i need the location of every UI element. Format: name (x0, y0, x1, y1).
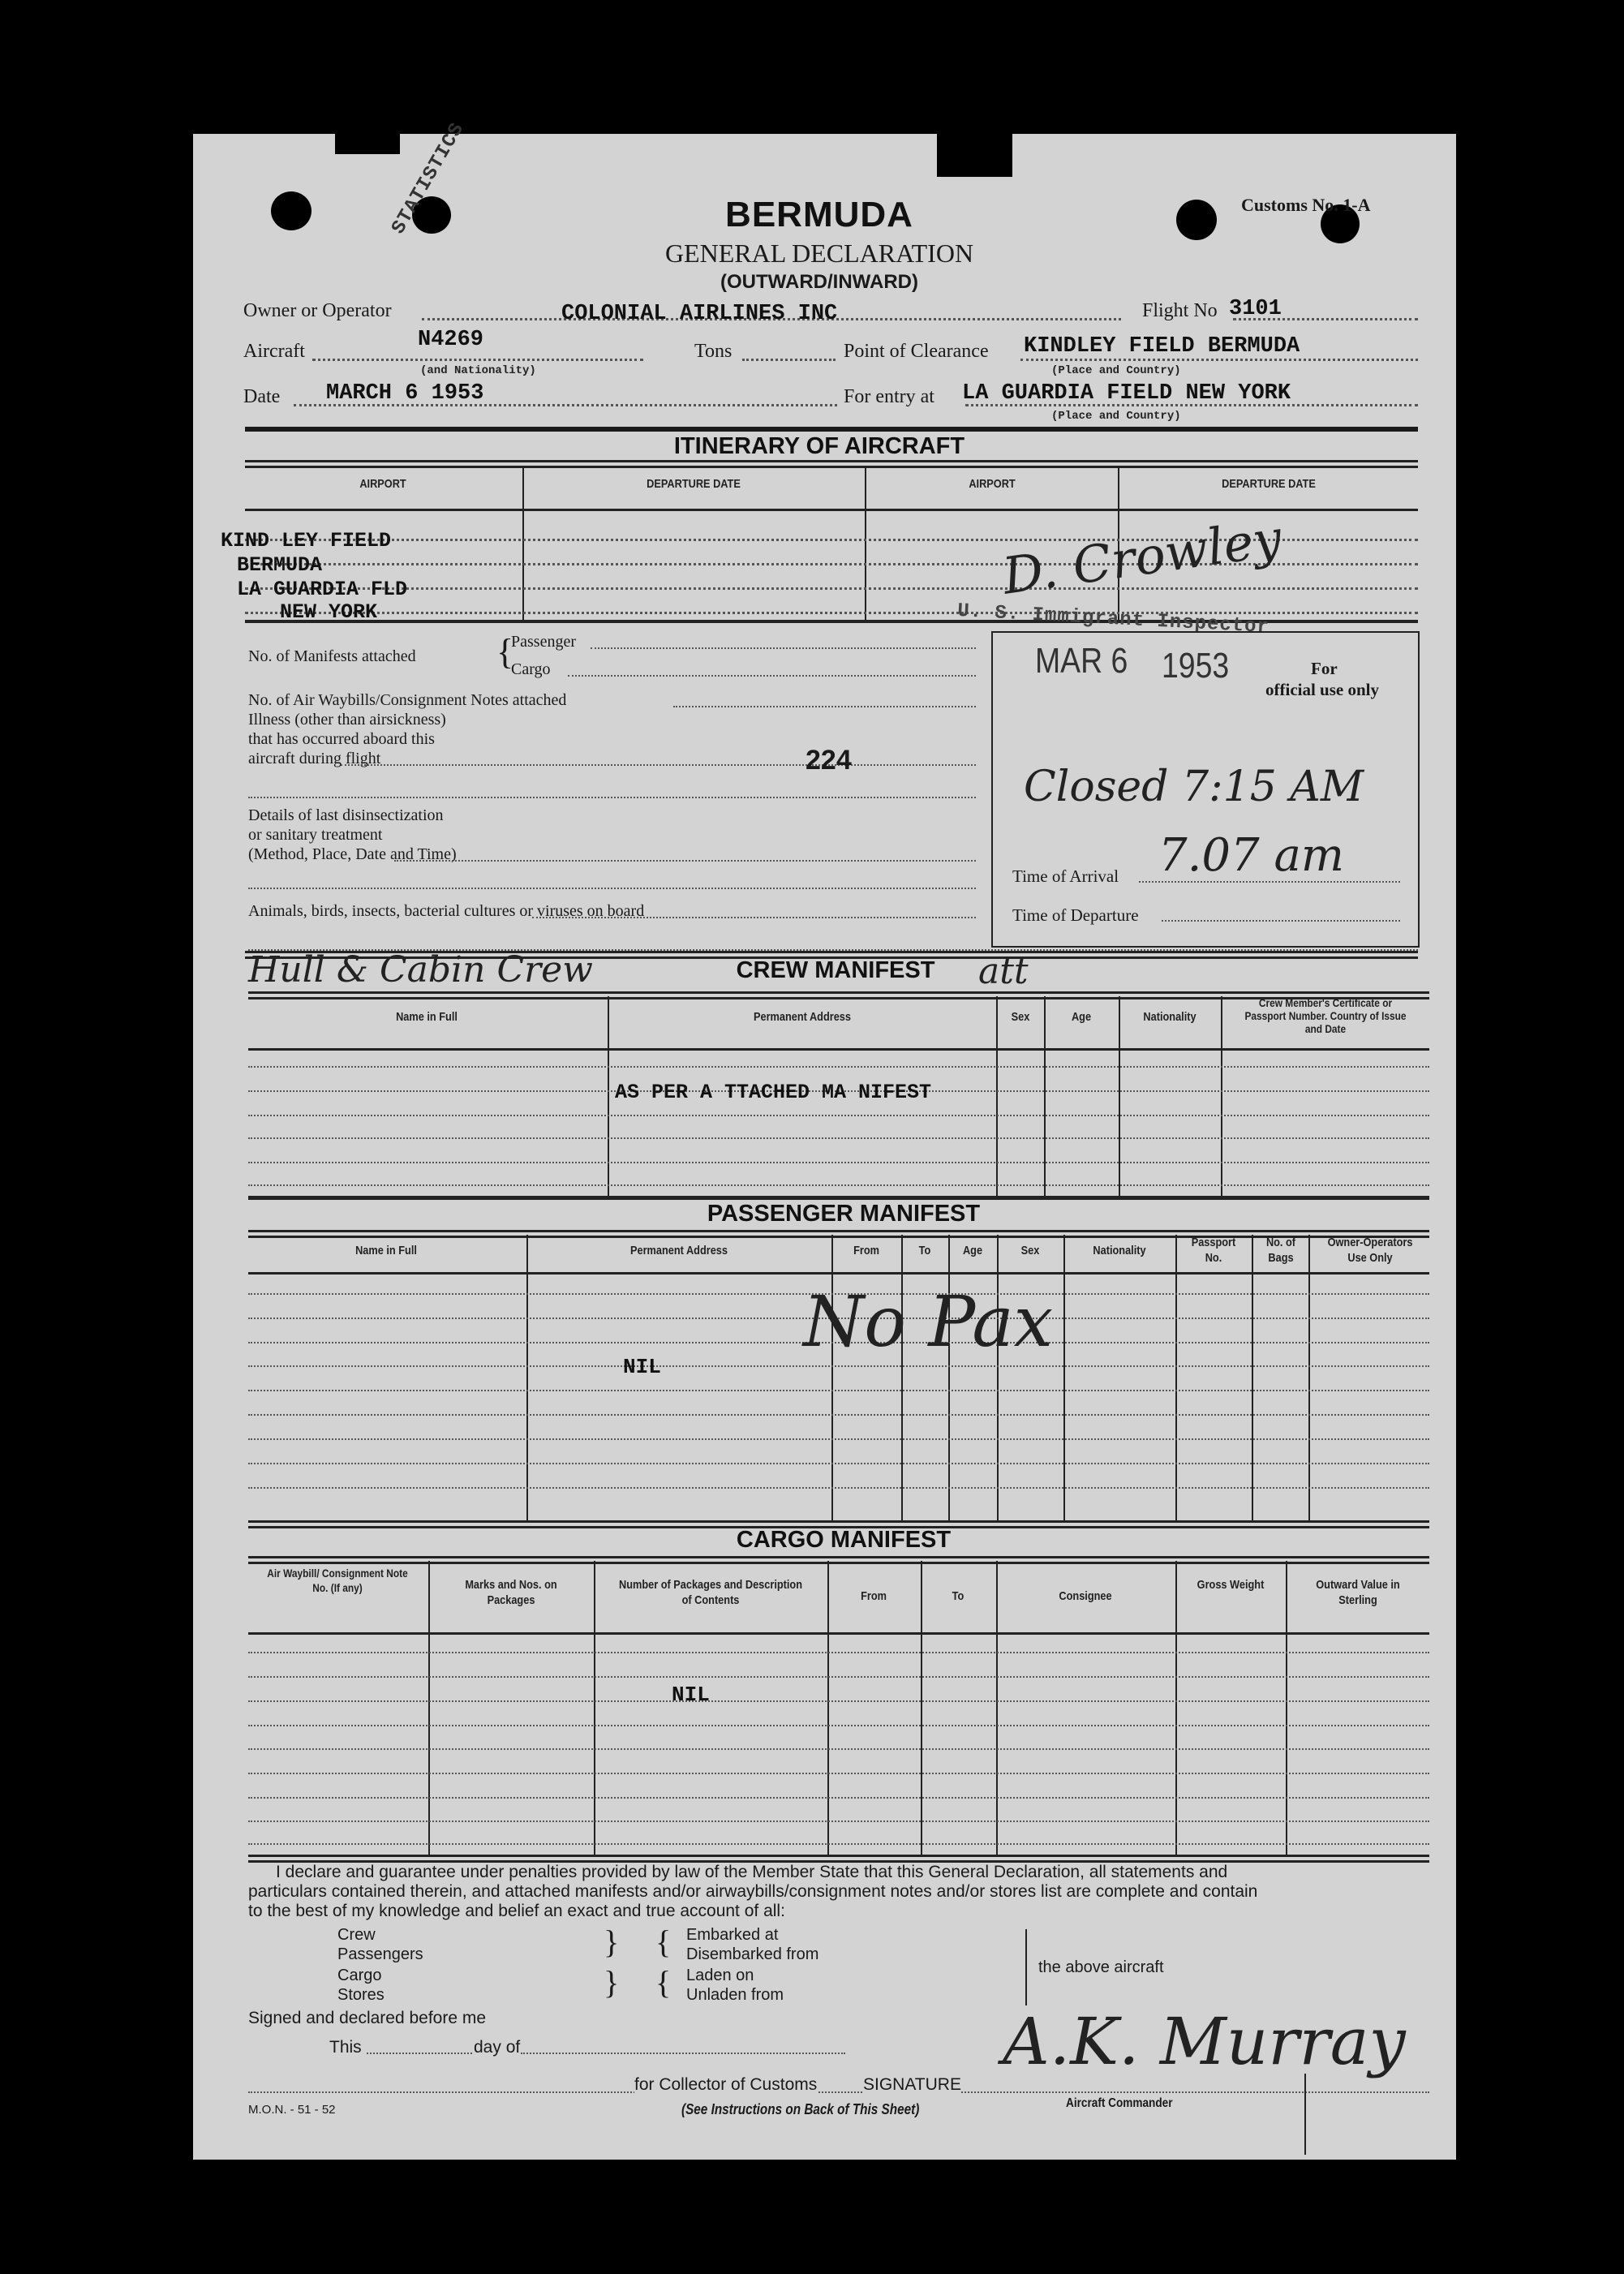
cargo-col-from: From (835, 1588, 912, 1604)
aircraft-value[interactable]: N4269 (418, 328, 483, 352)
col-departure-1: DEPARTURE DATE (549, 476, 839, 492)
waybills-dotted-line (673, 706, 976, 707)
cargo-col-consignee: Consignee (1010, 1588, 1160, 1604)
row-line (248, 1652, 1429, 1653)
column-divider (996, 996, 998, 1197)
arrival-value[interactable]: 7.07 am (1158, 829, 1344, 882)
punch-hole (1176, 200, 1217, 240)
column-divider (901, 1235, 903, 1522)
unladen-item: Unladen from (686, 1986, 784, 2005)
column-divider (865, 466, 866, 620)
column-divider (526, 1235, 528, 1522)
day-of-label: day of (474, 2038, 520, 2057)
divider (248, 1556, 1429, 1564)
cargo-col-waybill: Air Waybill/ Consignment Note No. (If an… (262, 1566, 414, 1595)
clearance-value[interactable]: KINDLEY FIELD BERMUDA (1024, 334, 1300, 359)
pax-col-sex: Sex (1003, 1243, 1058, 1258)
handwritten-closed-time: Closed 7:15 AM (1024, 763, 1364, 811)
illness-label: Illness (other than airsickness) (248, 711, 446, 729)
page-notch (937, 134, 1012, 177)
tons-dotted-line (742, 359, 836, 361)
brace-icon: { (655, 1967, 671, 1999)
column-divider (1308, 1235, 1310, 1522)
entry-label: For entry at (844, 386, 934, 408)
passenger-dotted-line (591, 647, 976, 649)
divider (245, 460, 1418, 468)
passengers-item: Passengers (337, 1945, 423, 1964)
brace-icon: { (655, 1926, 671, 1958)
row-line (248, 1797, 1429, 1799)
row-line (248, 1843, 1429, 1845)
pax-col-bags: No. of Bags (1257, 1235, 1305, 1266)
pax-col-owner-use: Owner-Operators Use Only (1318, 1235, 1422, 1266)
cargo-nil: NIL (672, 1683, 710, 1707)
waybills-label: No. of Air Waybills/Consignment Notes at… (248, 691, 566, 710)
cargo-col-value: Outward Value in Sterling (1297, 1577, 1419, 1608)
itinerary-airport-line: BERMUDA (237, 553, 322, 577)
pax-col-address: Permanent Address (550, 1243, 808, 1258)
divider (248, 1196, 1429, 1200)
form-subtitle: (OUTWARD/INWARD) (633, 271, 1006, 294)
crew-annotation-left: Hull & Cabin Crew (248, 949, 593, 991)
itinerary-title: ITINERARY OF AIRCRAFT (633, 433, 1006, 460)
column-divider (428, 1561, 430, 1856)
cargo-dotted-line (568, 675, 976, 677)
column-divider (1252, 1235, 1253, 1522)
divider (248, 1855, 1429, 1863)
clearance-label: Point of Clearance (844, 341, 989, 363)
divider (248, 1632, 1429, 1635)
pax-col-from: From (837, 1243, 895, 1258)
row-line (248, 1066, 1429, 1068)
aircraft-sub-label: (and Nationality) (420, 364, 536, 377)
illness-label: that has occurred aboard this (248, 730, 435, 749)
flight-label: Flight No (1142, 300, 1218, 322)
arrival-label: Time of Arrival (1012, 866, 1119, 887)
column-divider (522, 466, 524, 620)
commander-label: Aircraft Commander (1066, 2096, 1172, 2111)
disinsect-dotted-line (394, 860, 976, 862)
form-title: GENERAL DECLARATION (617, 239, 1022, 269)
crew-note: AS PER A TTACHED MA NIFEST (615, 1081, 931, 1104)
column-divider (608, 996, 609, 1197)
signature-label: SIGNATURE (863, 2075, 961, 2095)
crew-col-name: Name in Full (275, 1009, 578, 1025)
aircraft-dotted-line (312, 359, 643, 361)
row-line (248, 1463, 1429, 1464)
row-line (248, 1820, 1429, 1822)
embarked-item: Embarked at (686, 1926, 778, 1945)
clearance-sub-label: (Place and Country) (1051, 364, 1181, 377)
signed-before-label: Signed and declared before me (248, 2009, 486, 2028)
laden-item: Laden on (686, 1967, 754, 1985)
row-line (248, 797, 976, 798)
column-divider (827, 1561, 829, 1856)
disinsect-label: Details of last disinsectization (248, 806, 444, 825)
pax-col-name: Name in Full (269, 1243, 504, 1258)
tons-label: Tons (694, 341, 732, 363)
itinerary-airport-line: KIND LEY FIELD (221, 529, 391, 552)
crew-col-age: Age (1050, 1009, 1113, 1025)
pax-col-age: Age (952, 1243, 992, 1258)
row-line (245, 612, 1418, 614)
divider (245, 427, 1418, 432)
date-label: Date (243, 386, 280, 408)
column-divider (1175, 1235, 1177, 1522)
row-line (248, 1700, 1429, 1702)
row-line (245, 587, 1418, 590)
declaration-line: particulars contained therein, and attac… (248, 1882, 1257, 1902)
pax-col-nationality: Nationality (1072, 1243, 1166, 1258)
column-divider (996, 1561, 998, 1856)
column-divider (831, 1235, 833, 1522)
brace-line (1025, 1929, 1027, 2005)
illness-dotted-line (341, 764, 976, 766)
column-divider (997, 1235, 999, 1522)
disinsect-label: or sanitary treatment (248, 826, 383, 845)
column-divider (1063, 1235, 1065, 1522)
col-airport-2: AIRPORT (885, 476, 1099, 492)
aircraft-label: Aircraft (243, 341, 305, 363)
date-stamp-year: 1953 (1162, 646, 1229, 686)
column-divider (1175, 1561, 1177, 1856)
crew-annotation-right: att (978, 951, 1029, 992)
row-line (248, 1773, 1429, 1774)
declaration-line: to the best of my knowledge and belief a… (248, 1902, 785, 1921)
country-title: BERMUDA (649, 195, 990, 235)
row-line (248, 1390, 1429, 1391)
cargo-col-to: To (927, 1588, 990, 1604)
this-label: This (329, 2038, 362, 2057)
form-number: M.O.N. - 51 - 52 (248, 2103, 336, 2117)
divider (248, 1048, 1429, 1051)
column-divider (1221, 996, 1222, 1197)
instructions-note: (See Instructions on Back of This Sheet) (681, 2101, 919, 2118)
column-divider (921, 1561, 922, 1856)
crew-col-nationality: Nationality (1127, 1009, 1212, 1025)
entry-sub-label: (Place and Country) (1051, 410, 1181, 423)
row-line (248, 1414, 1429, 1416)
crew-col-certificate: Crew Member's Certificate or Passport Nu… (1237, 996, 1414, 1035)
departure-label: Time of Departure (1012, 905, 1139, 926)
passenger-manifest-label: Passenger (511, 633, 576, 651)
row-line (248, 1162, 1429, 1163)
owner-label: Owner or Operator (243, 300, 392, 322)
disembarked-item: Disembarked from (686, 1945, 818, 1964)
owner-value[interactable]: COLONIAL AIRLINES INC (561, 302, 837, 326)
collector-label: for Collector of Customs (634, 2075, 817, 2095)
illness-value[interactable]: 224 (806, 745, 852, 776)
declaration-line: I declare and guarantee under penalties … (276, 1863, 1227, 1882)
column-divider (1119, 996, 1120, 1197)
column-divider (594, 1561, 595, 1856)
for-label: For (1311, 659, 1338, 679)
col-departure-2: DEPARTURE DATE (1142, 476, 1396, 492)
column-divider (1286, 1561, 1287, 1856)
commander-signature: A.K. Murray (1003, 2004, 1406, 2079)
cargo-manifest-title: CARGO MANIFEST (681, 1527, 1006, 1554)
departure-dotted-line (1162, 920, 1400, 922)
row-line (248, 1725, 1429, 1726)
row-line (248, 1676, 1429, 1678)
brace-icon: } (604, 1967, 619, 1999)
crew-col-sex: Sex (1001, 1009, 1040, 1025)
passenger-manifest-title: PASSENGER MANIFEST (665, 1201, 1022, 1227)
col-airport-1: AIRPORT (266, 476, 501, 492)
page-notch (335, 134, 400, 154)
crew-item: Crew (337, 1926, 376, 1945)
row-line (248, 888, 976, 889)
clearance-dotted-line (1020, 359, 1418, 361)
manifests-label: No. of Manifests attached (248, 647, 416, 666)
cargo-manifest-label: Cargo (511, 660, 551, 679)
pax-col-to: To (905, 1243, 944, 1258)
flight-value[interactable]: 3101 (1229, 297, 1282, 321)
official-use-label: official use only (1265, 680, 1379, 700)
date-value[interactable]: MARCH 6 1953 (326, 381, 483, 406)
row-line (248, 1115, 1429, 1116)
date-stamp-month-day: MAR 6 (1035, 641, 1128, 681)
crew-col-address: Permanent Address (638, 1009, 967, 1025)
entry-value[interactable]: LA GUARDIA FIELD NEW YORK (962, 381, 1291, 406)
row-line (248, 1748, 1429, 1750)
crew-manifest-title: CREW MANIFEST (698, 957, 973, 984)
cargo-col-description: Number of Packages and Description of Co… (612, 1577, 808, 1608)
brace-icon: } (604, 1926, 619, 1958)
row-line (248, 1137, 1429, 1139)
pax-col-passport: Passport No. (1182, 1235, 1245, 1266)
month-dotted-line (521, 2053, 845, 2054)
row-line (248, 1438, 1429, 1440)
column-divider (948, 1235, 950, 1522)
row-line (248, 1365, 1429, 1367)
cargo-item: Cargo (337, 1967, 381, 1985)
animals-dotted-line (532, 917, 976, 918)
pax-nil: NIL (623, 1355, 661, 1379)
day-dotted-line (367, 2053, 472, 2054)
cargo-col-weight: Gross Weight (1184, 1577, 1277, 1593)
divider (245, 509, 1418, 511)
above-aircraft-label: the above aircraft (1038, 1958, 1164, 1977)
row-line (248, 1184, 1429, 1186)
row-line (248, 1487, 1429, 1489)
signature-dotted-line (248, 2091, 1429, 2093)
itinerary-airport-line: LA GUARDIA FLD (237, 578, 407, 601)
stores-item: Stores (337, 1986, 385, 2005)
customs-form-number: Customs No. 1-A (1241, 195, 1371, 216)
signature-stroke (1304, 2074, 1306, 2155)
punch-hole (271, 191, 311, 230)
pax-handwritten-note: No Pax (803, 1282, 1053, 1363)
column-divider (1044, 996, 1046, 1197)
cargo-col-marks: Marks and Nos. on Packages (442, 1577, 580, 1608)
